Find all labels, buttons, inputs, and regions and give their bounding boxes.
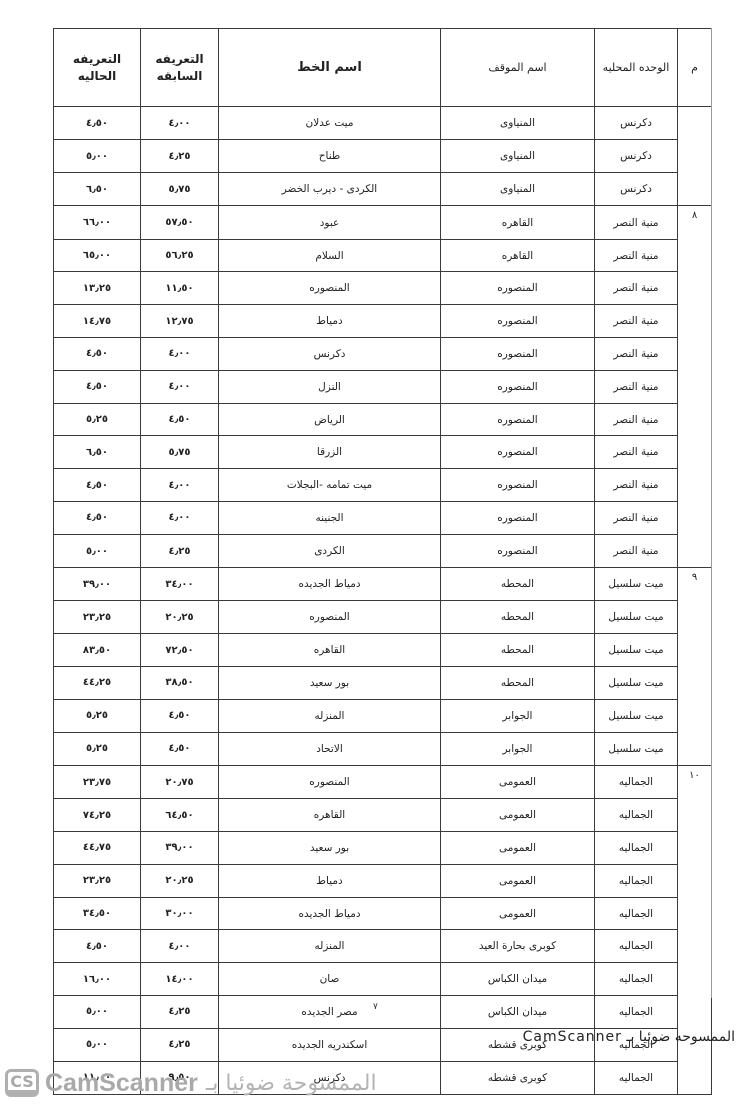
current-fare-cell: ٥٫٠٠ [54,140,141,173]
current-fare-cell: ١٦٫٠٠ [54,963,141,996]
line-name-cell: الرياض [219,403,441,436]
table-row: منية النصرالمنصورهالجنينه٤٫٠٠٤٫٥٠ [54,502,712,535]
serial-cell [678,140,712,173]
local-unit-cell: منية النصر [595,206,678,239]
header-current-fare: التعريفه الحاليه [54,29,141,107]
line-name-cell: دكرنس [219,338,441,371]
previous-fare-cell: ٥٧٫٥٠ [141,206,219,239]
station-cell: المنصوره [441,436,595,469]
header-previous-fare: التعريفه السابقه [141,29,219,107]
previous-fare-cell: ٢٠٫٧٥ [141,765,219,798]
previous-fare-cell: ٤٫٢٥ [141,1028,219,1061]
serial-cell [678,667,712,700]
serial-cell [678,732,712,765]
line-name-cell: عبود [219,206,441,239]
page-number: ٧ [373,1002,378,1012]
station-cell: الجوابر [441,699,595,732]
local-unit-cell: دكرنس [595,107,678,140]
station-cell: المنصوره [441,272,595,305]
current-fare-cell: ٣٤٫٥٠ [54,897,141,930]
local-unit-cell: ميت سلسيل [595,601,678,634]
station-cell: العمومى [441,897,595,930]
local-unit-cell: الجماليه [595,963,678,996]
previous-fare-cell: ٤٫٢٥ [141,140,219,173]
station-cell: العمومى [441,765,595,798]
scan-note: الممسوحه ضوئيا بـ CamScanner [523,1029,735,1045]
table-row: ميت سلسيلالجوابرالمنزله٤٫٥٠٥٫٢٥ [54,699,712,732]
current-fare-cell: ٧٤٫٢٥ [54,799,141,832]
station-cell: المنصوره [441,338,595,371]
current-fare-cell: ٦٦٫٠٠ [54,206,141,239]
table-row: ميت سلسيلالمحطهالقاهره٧٢٫٥٠٨٣٫٥٠ [54,634,712,667]
serial-cell [678,601,712,634]
previous-fare-cell: ٣٩٫٠٠ [141,832,219,865]
current-fare-cell: ٤٫٥٠ [54,502,141,535]
table-row: الجماليهالعمومىبور سعيد٣٩٫٠٠٤٤٫٧٥ [54,832,712,865]
current-fare-cell: ١٣٫٢٥ [54,272,141,305]
station-cell: كوبرى قشطه [441,1061,595,1094]
current-fare-cell: ٤٫٥٠ [54,107,141,140]
line-name-cell: اسكندريه الجديده [219,1028,441,1061]
serial-cell: ٨ [678,206,712,239]
serial-cell [678,930,712,963]
current-fare-cell: ٤٫٥٠ [54,469,141,502]
serial-cell [678,832,712,865]
local-unit-cell: منية النصر [595,272,678,305]
table-row: دكرنسالمنياوىالكردى - ديرب الخضر٥٫٧٥٦٫٥٠ [54,173,712,206]
station-cell: كوبرى بحارة العيد [441,930,595,963]
current-fare-cell: ٥٫٢٥ [54,699,141,732]
station-cell: المنياوى [441,107,595,140]
previous-fare-cell: ١١٫٥٠ [141,272,219,305]
line-name-cell: المنصوره [219,601,441,634]
local-unit-cell: الجماليه [595,832,678,865]
previous-fare-cell: ٣٤٫٠٠ [141,568,219,601]
station-cell: المنصوره [441,502,595,535]
table-row: ٩ميت سلسيلالمحطهدمياط الجديده٣٤٫٠٠٣٩٫٠٠ [54,568,712,601]
serial-cell [678,370,712,403]
header-line: اسم الخط [219,29,441,107]
current-fare-cell: ٢٣٫٢٥ [54,601,141,634]
local-unit-cell: الجماليه [595,864,678,897]
table-row: الجماليهالعمومىدمياط٢٠٫٢٥٢٣٫٢٥ [54,864,712,897]
current-fare-cell: ٨٣٫٥٠ [54,634,141,667]
local-unit-cell: منية النصر [595,534,678,567]
table-row: الجماليهكوبرى بحارة العيدالمنزله٤٫٠٠٤٫٥٠ [54,930,712,963]
station-cell: المنياوى [441,140,595,173]
table-row: منية النصرالمنصورهدكرنس٤٫٠٠٤٫٥٠ [54,338,712,371]
serial-cell [678,305,712,338]
line-name-cell: ميت عدلان [219,107,441,140]
line-name-cell: بور سعيد [219,832,441,865]
table-row: منية النصرالمنصورهالكردى٤٫٢٥٥٫٠٠ [54,534,712,567]
serial-cell [678,173,712,206]
previous-fare-cell: ٤٫٠٠ [141,930,219,963]
watermark-arabic: الممسوحة ضوئيا بـ [206,1071,377,1096]
current-fare-cell: ٥٫٢٥ [54,732,141,765]
line-name-cell: مصر الجديده [219,996,441,1029]
local-unit-cell: منية النصر [595,502,678,535]
current-fare-cell: ٥٫٠٠ [54,1028,141,1061]
line-name-cell: دمياط [219,305,441,338]
current-fare-cell: ٥٫٠٠ [54,534,141,567]
line-name-cell: دمياط الجديده [219,897,441,930]
line-name-cell: القاهره [219,634,441,667]
local-unit-cell: منية النصر [595,239,678,272]
previous-fare-cell: ٣٠٫٠٠ [141,897,219,930]
line-name-cell: الكردى [219,534,441,567]
table-row: الجماليهالعمومىالقاهره٦٤٫٥٠٧٤٫٢٥ [54,799,712,832]
station-cell: ميدان الكباس [441,996,595,1029]
table-row: منية النصرالمنصورهالنزل٤٫٠٠٤٫٥٠ [54,370,712,403]
local-unit-cell: الجماليه [595,930,678,963]
table-row: منية النصرالمنصورهالرياض٤٫٥٠٥٫٢٥ [54,403,712,436]
serial-cell [678,534,712,567]
previous-fare-cell: ٤٫٠٠ [141,502,219,535]
previous-fare-cell: ١٢٫٧٥ [141,305,219,338]
serial-cell [678,107,712,140]
station-cell: المنصوره [441,469,595,502]
previous-fare-cell: ٤٫٠٠ [141,370,219,403]
line-name-cell: القاهره [219,799,441,832]
local-unit-cell: ميت سلسيل [595,667,678,700]
local-unit-cell: الجماليه [595,765,678,798]
station-cell: القاهره [441,239,595,272]
serial-cell: ٩ [678,568,712,601]
serial-cell [678,897,712,930]
station-cell: المحطه [441,667,595,700]
line-name-cell: صان [219,963,441,996]
current-fare-cell: ١٤٫٧٥ [54,305,141,338]
table-row: ميت سلسيلالمحطهبور سعيد٣٨٫٥٠٤٤٫٢٥ [54,667,712,700]
serial-cell [678,996,712,1029]
line-name-cell: الاتحاد [219,732,441,765]
station-cell: الجوابر [441,732,595,765]
previous-fare-cell: ٥٫٧٥ [141,173,219,206]
current-fare-cell: ٣٩٫٠٠ [54,568,141,601]
station-cell: القاهره [441,206,595,239]
previous-fare-cell: ٢٠٫٢٥ [141,864,219,897]
header-station: اسم الموقف [441,29,595,107]
line-name-cell: المنصوره [219,272,441,305]
local-unit-cell: الجماليه [595,996,678,1029]
current-fare-cell: ٥٫٠٠ [54,996,141,1029]
current-fare-cell: ٤٫٥٠ [54,370,141,403]
current-fare-cell: ٤٤٫٢٥ [54,667,141,700]
serial-cell [678,634,712,667]
serial-cell [678,272,712,305]
current-fare-cell: ٥٫٢٥ [54,403,141,436]
serial-cell [678,239,712,272]
table-row: منية النصرالقاهرهالسلام٥٦٫٢٥٦٥٫٠٠ [54,239,712,272]
local-unit-cell: ميت سلسيل [595,634,678,667]
line-name-cell: المنزله [219,699,441,732]
station-cell: العمومى [441,832,595,865]
table-row: منية النصرالمنصورهالمنصوره١١٫٥٠١٣٫٢٥ [54,272,712,305]
local-unit-cell: الجماليه [595,799,678,832]
station-cell: المنصوره [441,305,595,338]
table-body: دكرنسالمنياوىميت عدلان٤٫٠٠٤٫٥٠دكرنسالمني… [54,107,712,1095]
line-name-cell: دمياط [219,864,441,897]
serial-cell [678,963,712,996]
previous-fare-cell: ٤٫٥٠ [141,403,219,436]
serial-cell [678,799,712,832]
current-fare-cell: ٤٫٥٠ [54,930,141,963]
previous-fare-cell: ٤٫٠٠ [141,469,219,502]
scan-edge-rule [711,28,712,998]
previous-fare-cell: ٦٤٫٥٠ [141,799,219,832]
serial-cell [678,436,712,469]
table-row: الجماليهالعمومىدمياط الجديده٣٠٫٠٠٣٤٫٥٠ [54,897,712,930]
camscanner-watermark: CS CamScanner الممسوحة ضوئيا بـ [5,1062,377,1104]
serial-cell [678,469,712,502]
serial-cell: ١٠ [678,765,712,798]
local-unit-cell: الجماليه [595,1061,678,1094]
previous-fare-cell: ٤٫٥٠ [141,699,219,732]
watermark-brand: CamScanner [45,1069,198,1098]
table-row: ميت سلسيلالمحطهالمنصوره٢٠٫٢٥٢٣٫٢٥ [54,601,712,634]
table-row: ميت سلسيلالجوابرالاتحاد٤٫٥٠٥٫٢٥ [54,732,712,765]
station-cell: المحطه [441,634,595,667]
line-name-cell: المنصوره [219,765,441,798]
local-unit-cell: منية النصر [595,403,678,436]
current-fare-cell: ٦٫٥٠ [54,436,141,469]
local-unit-cell: ميت سلسيل [595,732,678,765]
previous-fare-cell: ١٤٫٠٠ [141,963,219,996]
line-name-cell: دمياط الجديده [219,568,441,601]
current-fare-cell: ٤٤٫٧٥ [54,832,141,865]
local-unit-cell: منية النصر [595,436,678,469]
current-fare-cell: ٢٣٫٧٥ [54,765,141,798]
local-unit-cell: منية النصر [595,338,678,371]
previous-fare-cell: ٢٠٫٢٥ [141,601,219,634]
current-fare-cell: ٦٫٥٠ [54,173,141,206]
table-row: دكرنسالمنياوىطناح٤٫٢٥٥٫٠٠ [54,140,712,173]
previous-fare-cell: ٥٦٫٢٥ [141,239,219,272]
header-local-unit: الوحده المحليه [595,29,678,107]
previous-fare-cell: ٤٫٢٥ [141,534,219,567]
local-unit-cell: منية النصر [595,305,678,338]
local-unit-cell: ميت سلسيل [595,568,678,601]
current-fare-cell: ٦٥٫٠٠ [54,239,141,272]
previous-fare-cell: ٤٫٢٥ [141,996,219,1029]
table-row: ٨منية النصرالقاهرهعبود٥٧٫٥٠٦٦٫٠٠ [54,206,712,239]
table-row: ١٠الجماليهالعمومىالمنصوره٢٠٫٧٥٢٣٫٧٥ [54,765,712,798]
camscanner-logo-icon: CS [5,1069,39,1097]
table-row: الجماليهميدان الكباسمصر الجديده٤٫٢٥٥٫٠٠ [54,996,712,1029]
station-cell: العمومى [441,864,595,897]
line-name-cell: السلام [219,239,441,272]
station-cell: ميدان الكباس [441,963,595,996]
local-unit-cell: ميت سلسيل [595,699,678,732]
local-unit-cell: الجماليه [595,897,678,930]
serial-cell [678,502,712,535]
station-cell: العمومى [441,799,595,832]
serial-cell [678,1061,712,1094]
serial-cell [678,403,712,436]
line-name-cell: بور سعيد [219,667,441,700]
station-cell: المحطه [441,601,595,634]
previous-fare-cell: ٤٫٠٠ [141,107,219,140]
header-serial: م [678,29,712,107]
line-name-cell: الكردى - ديرب الخضر [219,173,441,206]
local-unit-cell: دكرنس [595,173,678,206]
station-cell: المنصوره [441,534,595,567]
table-row: منية النصرالمنصورهالزرقا٥٫٧٥٦٫٥٠ [54,436,712,469]
line-name-cell: ميت تمامه -البجلات [219,469,441,502]
station-cell: المنصوره [441,403,595,436]
station-cell: المنصوره [441,370,595,403]
line-name-cell: الجنينه [219,502,441,535]
local-unit-cell: منية النصر [595,370,678,403]
table-row: دكرنسالمنياوىميت عدلان٤٫٠٠٤٫٥٠ [54,107,712,140]
previous-fare-cell: ٧٢٫٥٠ [141,634,219,667]
serial-cell [678,699,712,732]
serial-cell [678,338,712,371]
line-name-cell: الزرقا [219,436,441,469]
table-row: الجماليهميدان الكباسصان١٤٫٠٠١٦٫٠٠ [54,963,712,996]
fare-table: م الوحده المحليه اسم الموقف اسم الخط الت… [53,28,712,1095]
current-fare-cell: ٢٣٫٢٥ [54,864,141,897]
table-row: منية النصرالمنصورهدمياط١٢٫٧٥١٤٫٧٥ [54,305,712,338]
serial-cell [678,864,712,897]
line-name-cell: النزل [219,370,441,403]
line-name-cell: المنزله [219,930,441,963]
previous-fare-cell: ٤٫٥٠ [141,732,219,765]
current-fare-cell: ٤٫٥٠ [54,338,141,371]
local-unit-cell: منية النصر [595,469,678,502]
previous-fare-cell: ٥٫٧٥ [141,436,219,469]
previous-fare-cell: ٤٫٠٠ [141,338,219,371]
header-row: م الوحده المحليه اسم الموقف اسم الخط الت… [54,29,712,107]
station-cell: المحطه [441,568,595,601]
line-name-cell: طناح [219,140,441,173]
station-cell: المنياوى [441,173,595,206]
local-unit-cell: دكرنس [595,140,678,173]
previous-fare-cell: ٣٨٫٥٠ [141,667,219,700]
table-row: منية النصرالمنصورهميت تمامه -البجلات٤٫٠٠… [54,469,712,502]
